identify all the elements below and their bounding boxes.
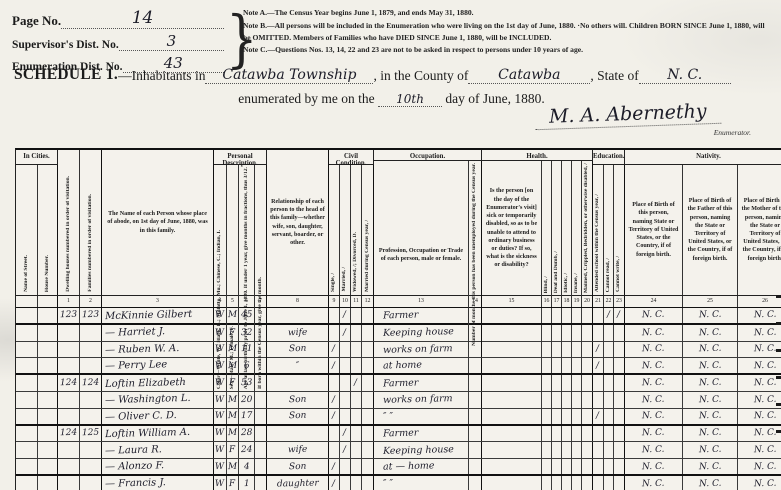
value-single: / bbox=[332, 462, 335, 472]
value-age: 6 bbox=[243, 361, 249, 371]
cell-deaf bbox=[552, 325, 562, 341]
header-month_born: If born within the Census year, give the… bbox=[255, 165, 267, 392]
cell-cannot_read bbox=[604, 358, 614, 373]
cell-father_birthplace: N. C. bbox=[683, 459, 738, 474]
value-color: W bbox=[215, 310, 225, 320]
value-age: 11 bbox=[241, 344, 253, 354]
value-married: / bbox=[343, 310, 346, 320]
value-dwelling: 123 bbox=[60, 310, 77, 320]
cell-widowed bbox=[351, 392, 362, 408]
value-mother_birthplace: N. C. bbox=[754, 310, 777, 321]
column-number-relationship: 8 bbox=[267, 296, 329, 307]
cell-months_unemployed bbox=[469, 358, 482, 373]
value-mother_birthplace: N. C. bbox=[754, 479, 777, 490]
cell-cannot_read bbox=[604, 342, 614, 358]
cell-cannot_write bbox=[614, 342, 625, 358]
header-school: Attended school within the Census year, … bbox=[593, 165, 604, 295]
header-deaf: Deaf and Dumb, / bbox=[552, 161, 562, 296]
table-row-5: 124124Loftin ElizabethWF53/FarmerN. C.N.… bbox=[16, 375, 781, 392]
value-occupation: works on farm bbox=[383, 393, 453, 406]
value-relationship: Son bbox=[289, 395, 307, 405]
cell-father_birthplace: N. C. bbox=[683, 308, 738, 323]
column-number-mother_birthplace: 26 bbox=[738, 296, 781, 307]
header-father_birthplace: Place of Birth of the Father of this per… bbox=[683, 165, 738, 295]
cell-name: — Ruben W. A. bbox=[102, 342, 214, 358]
cell-relationship bbox=[267, 375, 329, 391]
header-family: Families numbered in order of visitation… bbox=[80, 150, 102, 295]
township-value: Catawba Township bbox=[205, 67, 373, 84]
cell-married_census bbox=[362, 375, 374, 391]
cell-married bbox=[340, 476, 351, 490]
value-birthplace: N. C. bbox=[642, 344, 665, 355]
value-birthplace: N. C. bbox=[642, 395, 665, 406]
cell-occupation: ″ ″ bbox=[374, 409, 469, 424]
value-mother_birthplace: N. C. bbox=[754, 344, 777, 355]
cell-widowed bbox=[351, 459, 362, 474]
column-number-name: 3 bbox=[102, 296, 214, 307]
header-label-school: Attended school within the Census year, … bbox=[595, 194, 601, 292]
header-widowed: Widowed, /; Divorced, D. bbox=[351, 165, 362, 295]
schedule-header: SCHEDULE 1. —Inhabitants in Catawba Town… bbox=[14, 66, 769, 107]
cell-widowed bbox=[351, 325, 362, 341]
cell-street bbox=[16, 442, 38, 458]
cell-sickness bbox=[482, 409, 542, 424]
cell-month_born bbox=[255, 392, 267, 408]
cell-cannot_read bbox=[604, 392, 614, 408]
cell-relationship: ″ bbox=[267, 358, 329, 373]
cell-dwelling bbox=[58, 358, 80, 373]
cell-school bbox=[593, 426, 604, 442]
cell-dwelling: 124 bbox=[58, 426, 80, 442]
value-name: — Washington L. bbox=[105, 393, 191, 406]
cell-married bbox=[340, 342, 351, 358]
cell-blind bbox=[542, 375, 552, 391]
cell-school bbox=[593, 476, 604, 490]
cell-dwelling bbox=[58, 476, 80, 490]
value-age: 53 bbox=[241, 378, 253, 388]
cell-name: — Francis J. bbox=[102, 476, 214, 490]
header-label-maimed: Maimed, Crippled, Bedridden, or otherwis… bbox=[584, 163, 590, 293]
census-table: In Cities.Name of Street.House Number.Dw… bbox=[15, 148, 781, 490]
header-label-married: Married, / bbox=[342, 267, 348, 292]
cell-insane bbox=[572, 342, 582, 358]
value-occupation: ″ ″ bbox=[383, 478, 393, 489]
header-insane: Insane, / bbox=[572, 161, 582, 296]
group-label-personal: Personal Description. bbox=[214, 150, 267, 165]
column-number-street bbox=[16, 296, 38, 307]
value-occupation: at home bbox=[383, 360, 422, 372]
cell-married_census bbox=[362, 392, 374, 408]
header-label-name: The Name of each Person whose place of a… bbox=[105, 210, 210, 235]
cell-deaf bbox=[552, 308, 562, 323]
cell-single: / bbox=[329, 409, 340, 424]
header-cannot_read: Cannot read, / bbox=[604, 165, 614, 295]
cell-occupation: works on farm bbox=[374, 392, 469, 408]
value-name: — Ruben W. A. bbox=[105, 343, 180, 356]
header-group-civil: Civil Condition.Single, /Married, /Widow… bbox=[329, 150, 374, 295]
cell-sickness bbox=[482, 325, 542, 341]
header-group-personal: Personal Description.Color—White, W.; Bl… bbox=[214, 150, 267, 295]
cell-insane bbox=[572, 409, 582, 424]
value-father_birthplace: N. C. bbox=[699, 395, 722, 406]
cell-months_unemployed bbox=[469, 392, 482, 408]
supervisor-dist-line: Supervisor's Dist. No. 3 bbox=[12, 32, 224, 51]
cell-cannot_read bbox=[604, 426, 614, 442]
cell-blind bbox=[542, 409, 552, 424]
column-number-cannot_write: 23 bbox=[614, 296, 625, 307]
cell-deaf bbox=[552, 476, 562, 490]
cell-street bbox=[16, 342, 38, 358]
cell-cannot_write bbox=[614, 442, 625, 458]
cell-month_born bbox=[255, 426, 267, 442]
value-relationship: Son bbox=[289, 344, 307, 354]
header-single: Single, / bbox=[329, 165, 340, 295]
group-label-health: Health. bbox=[482, 150, 593, 161]
cell-insane bbox=[572, 308, 582, 323]
cell-name: — Alonzo F. bbox=[102, 459, 214, 474]
value-birthplace: N. C. bbox=[642, 428, 665, 439]
cell-father_birthplace: N. C. bbox=[683, 392, 738, 408]
cell-married_census bbox=[362, 476, 374, 490]
cell-street bbox=[16, 476, 38, 490]
cell-insane bbox=[572, 442, 582, 458]
cell-married_census bbox=[362, 342, 374, 358]
value-single: / bbox=[332, 411, 335, 421]
cell-married bbox=[340, 459, 351, 474]
header-idiotic: Idiotic, / bbox=[562, 161, 572, 296]
cell-deaf bbox=[552, 426, 562, 442]
value-family: 124 bbox=[82, 378, 99, 388]
cell-deaf bbox=[552, 342, 562, 358]
value-color: W bbox=[215, 395, 225, 405]
cell-dwelling bbox=[58, 409, 80, 424]
header-color: Color—White, W.; Black, B.; Mulatto, Mu.… bbox=[214, 165, 227, 392]
value-birthplace: N. C. bbox=[642, 411, 665, 422]
value-mother_birthplace: N. C. bbox=[754, 428, 777, 439]
cell-widowed bbox=[351, 308, 362, 323]
value-single: / bbox=[332, 361, 335, 371]
value-father_birthplace: N. C. bbox=[699, 428, 722, 439]
header-label-cannot_read: Cannot read, / bbox=[606, 258, 612, 292]
column-number-married_census: 12 bbox=[362, 296, 374, 307]
header-mother_birthplace: Place of Birth of the Mother of this per… bbox=[738, 165, 781, 295]
value-age: 20 bbox=[241, 395, 253, 405]
cell-cannot_write bbox=[614, 375, 625, 391]
cell-sex: M bbox=[227, 409, 239, 424]
cell-blind bbox=[542, 342, 552, 358]
header-label-single: Single, / bbox=[331, 273, 337, 292]
value-relationship: daughter bbox=[277, 478, 319, 489]
column-number-insane: 19 bbox=[572, 296, 582, 307]
value-age: 4 bbox=[243, 461, 249, 471]
census-scan-page: Page No. 14 Supervisor's Dist. No. 3 Enu… bbox=[0, 0, 781, 490]
table-row-9: — Laura R.WF24wife/Keeping houseN. C.N. … bbox=[16, 442, 781, 459]
value-occupation: works on farm bbox=[383, 343, 453, 356]
cell-house bbox=[38, 476, 58, 490]
value-occupation: Keeping house bbox=[383, 326, 454, 339]
value-father_birthplace: N. C. bbox=[699, 411, 722, 422]
cell-street bbox=[16, 308, 38, 323]
cell-sickness bbox=[482, 392, 542, 408]
cell-married_census bbox=[362, 442, 374, 458]
cell-widowed bbox=[351, 426, 362, 442]
cell-family bbox=[80, 442, 102, 458]
cell-married_census bbox=[362, 308, 374, 323]
cell-relationship: wife bbox=[267, 325, 329, 341]
cell-relationship: Son bbox=[267, 392, 329, 408]
cell-blind bbox=[542, 442, 552, 458]
value-birthplace: N. C. bbox=[642, 360, 665, 371]
cell-dwelling: 123 bbox=[58, 308, 80, 323]
cell-cannot_write bbox=[614, 392, 625, 408]
cell-married bbox=[340, 392, 351, 408]
column-number-maimed: 20 bbox=[582, 296, 593, 307]
cell-insane bbox=[572, 325, 582, 341]
header-label-birthplace: Place of Birth of this person, naming St… bbox=[628, 201, 679, 259]
table-row-4: — Perry LeeWM6″/at home/N. C.N. C.N. C. bbox=[16, 358, 781, 375]
supervisor-dist-value: 3 bbox=[119, 32, 224, 51]
cell-married_census bbox=[362, 358, 374, 373]
header-label-months_unemployed: Number of months this person has been un… bbox=[472, 163, 478, 346]
cell-age: 20 bbox=[239, 392, 255, 408]
cell-name: — Perry Lee bbox=[102, 358, 214, 373]
cell-sex: M bbox=[227, 392, 239, 408]
cell-married: / bbox=[340, 325, 351, 341]
cell-widowed bbox=[351, 409, 362, 424]
cell-family bbox=[80, 476, 102, 490]
cell-house bbox=[38, 409, 58, 424]
value-father_birthplace: N. C. bbox=[699, 461, 722, 472]
value-sex: F bbox=[229, 479, 236, 489]
header-label-occupation: Profession, Occupation or Trade of each … bbox=[377, 247, 465, 263]
column-number-house bbox=[38, 296, 58, 307]
value-mother_birthplace: N. C. bbox=[754, 395, 777, 406]
value-age: 32 bbox=[241, 328, 253, 338]
cell-family bbox=[80, 459, 102, 474]
cell-blind bbox=[542, 392, 552, 408]
cell-cannot_write bbox=[614, 358, 625, 373]
county-value: Catawba bbox=[468, 67, 590, 84]
value-married: / bbox=[343, 428, 346, 438]
value-age: 1 bbox=[243, 479, 249, 489]
cell-school: / bbox=[593, 358, 604, 373]
cell-mother_birthplace: N. C. bbox=[738, 476, 781, 490]
cell-maimed bbox=[582, 325, 593, 341]
group-label-incities: In Cities. bbox=[16, 150, 58, 165]
cell-house bbox=[38, 459, 58, 474]
cell-name: — Harriet J. bbox=[102, 325, 214, 341]
value-mother_birthplace: N. C. bbox=[754, 327, 777, 338]
cell-birthplace: N. C. bbox=[625, 426, 683, 442]
cell-sex: M bbox=[227, 426, 239, 442]
cell-color: W bbox=[214, 392, 227, 408]
cell-street bbox=[16, 459, 38, 474]
value-color: W bbox=[215, 479, 225, 489]
value-relationship: wife bbox=[288, 445, 308, 456]
value-birthplace: N. C. bbox=[642, 445, 665, 456]
header-married: Married, / bbox=[340, 165, 351, 295]
cell-insane bbox=[572, 392, 582, 408]
cell-idiotic bbox=[562, 426, 572, 442]
cell-house bbox=[38, 426, 58, 442]
header-dwelling: Dwelling houses numbered in order of vis… bbox=[58, 150, 80, 295]
value-mother_birthplace: N. C. bbox=[754, 360, 777, 371]
value-name: McKinnie Gilbert bbox=[105, 309, 192, 322]
value-father_birthplace: N. C. bbox=[699, 445, 722, 456]
cell-father_birthplace: N. C. bbox=[683, 442, 738, 458]
header-label-insane: Insane, / bbox=[574, 273, 580, 293]
header-label-married_census: Married during Census year, / bbox=[365, 220, 371, 292]
value-color: W bbox=[215, 328, 225, 338]
cell-cannot_read bbox=[604, 442, 614, 458]
cell-street bbox=[16, 426, 38, 442]
value-school: / bbox=[596, 344, 599, 354]
cell-mother_birthplace: N. C. bbox=[738, 342, 781, 358]
cell-dwelling bbox=[58, 459, 80, 474]
header-label-sickness: Is the person [on the day of the Enumera… bbox=[485, 187, 538, 269]
cell-sickness bbox=[482, 426, 542, 442]
cell-mother_birthplace: N. C. bbox=[738, 325, 781, 341]
cell-maimed bbox=[582, 459, 593, 474]
cell-blind bbox=[542, 459, 552, 474]
cell-cannot_read bbox=[604, 459, 614, 474]
value-birthplace: N. C. bbox=[642, 378, 665, 389]
cell-maimed bbox=[582, 358, 593, 373]
cell-father_birthplace: N. C. bbox=[683, 325, 738, 341]
header-group-education: Education.Attended school within the Cen… bbox=[593, 150, 625, 295]
cell-age: 4 bbox=[239, 459, 255, 474]
header-relationship: Relationship of each person to the head … bbox=[267, 150, 329, 295]
value-occupation: Farmer bbox=[383, 309, 419, 321]
header-label-street: Name of Street. bbox=[24, 255, 30, 292]
header-street: Name of Street. bbox=[16, 165, 38, 295]
header-label-age: Age at last birthday prior to June 1, 18… bbox=[244, 167, 250, 389]
cell-month_born bbox=[255, 442, 267, 458]
header-sex: Sex—Male, M.; Female, F. bbox=[227, 165, 239, 392]
cell-age: 24 bbox=[239, 442, 255, 458]
page-no-value: 14 bbox=[61, 8, 224, 29]
cell-maimed bbox=[582, 308, 593, 323]
cell-idiotic bbox=[562, 342, 572, 358]
cell-street bbox=[16, 325, 38, 341]
enumerated-prefix: enumerated by me on the bbox=[238, 91, 374, 106]
column-number-married: 10 bbox=[340, 296, 351, 307]
cell-birthplace: N. C. bbox=[625, 358, 683, 373]
cell-father_birthplace: N. C. bbox=[683, 358, 738, 373]
value-name: — Francis J. bbox=[105, 478, 166, 490]
header-label-deaf: Deaf and Dumb, / bbox=[554, 251, 560, 293]
cell-relationship: Son bbox=[267, 342, 329, 358]
column-number-cannot_read: 22 bbox=[604, 296, 614, 307]
cell-married bbox=[340, 358, 351, 373]
table-row-10: — Alonzo F.WM4Son/at — homeN. C.N. C.N. … bbox=[16, 459, 781, 476]
value-age: 45 bbox=[241, 310, 253, 320]
value-mother_birthplace: N. C. bbox=[754, 461, 777, 472]
header-label-widowed: Widowed, /; Divorced, D. bbox=[353, 232, 359, 292]
cell-occupation: Farmer bbox=[374, 426, 469, 442]
cell-mother_birthplace: N. C. bbox=[738, 358, 781, 373]
cell-married bbox=[340, 375, 351, 391]
cell-relationship: Son bbox=[267, 459, 329, 474]
column-number-birthplace: 24 bbox=[625, 296, 683, 307]
cell-color: W bbox=[214, 426, 227, 442]
table-row-3: — Ruben W. A.WM11Son/works on farm/N. C.… bbox=[16, 342, 781, 359]
column-number-deaf: 17 bbox=[552, 296, 562, 307]
cell-family: 124 bbox=[80, 375, 102, 391]
value-color: W bbox=[215, 361, 225, 371]
value-sex: M bbox=[228, 361, 237, 371]
value-mother_birthplace: N. C. bbox=[754, 445, 777, 456]
cell-street bbox=[16, 375, 38, 391]
value-color: W bbox=[215, 378, 225, 388]
county-label: , in the County of bbox=[373, 68, 468, 84]
cell-maimed bbox=[582, 426, 593, 442]
value-sex: M bbox=[228, 310, 237, 320]
cell-mother_birthplace: N. C. bbox=[738, 426, 781, 442]
cell-name: Loftin Elizabeth bbox=[102, 375, 214, 391]
cell-school bbox=[593, 392, 604, 408]
cell-dwelling bbox=[58, 442, 80, 458]
cell-maimed bbox=[582, 476, 593, 490]
header-label-relationship: Relationship of each person to the head … bbox=[270, 198, 325, 247]
value-birthplace: N. C. bbox=[642, 327, 665, 338]
cell-school bbox=[593, 375, 604, 391]
cell-name: — Oliver C. D. bbox=[102, 409, 214, 424]
cell-school bbox=[593, 442, 604, 458]
value-sex: F bbox=[229, 328, 236, 338]
cell-sickness bbox=[482, 476, 542, 490]
group-label-occupation: Occupation. bbox=[374, 150, 482, 161]
cell-relationship bbox=[267, 426, 329, 442]
cell-mother_birthplace: N. C. bbox=[738, 375, 781, 391]
value-occupation: Farmer bbox=[383, 428, 419, 440]
cell-widowed: / bbox=[351, 375, 362, 391]
cell-deaf bbox=[552, 358, 562, 373]
value-name: — Laura R. bbox=[105, 444, 162, 456]
cell-widowed bbox=[351, 442, 362, 458]
value-name: — Alonzo F. bbox=[105, 460, 164, 473]
cell-cannot_read bbox=[604, 476, 614, 490]
cell-cannot_read: / bbox=[604, 308, 614, 323]
table-header: In Cities.Name of Street.House Number.Dw… bbox=[16, 150, 781, 296]
header-married_census: Married during Census year, / bbox=[362, 165, 374, 295]
value-sex: F bbox=[229, 378, 236, 388]
cell-birthplace: N. C. bbox=[625, 325, 683, 341]
value-dwelling: 124 bbox=[60, 378, 77, 388]
cell-single bbox=[329, 426, 340, 442]
cell-street bbox=[16, 409, 38, 424]
column-number-dwelling: 1 bbox=[58, 296, 80, 307]
cell-idiotic bbox=[562, 325, 572, 341]
cell-name: McKinnie Gilbert bbox=[102, 308, 214, 323]
value-single: / bbox=[332, 395, 335, 405]
cell-age: 28 bbox=[239, 426, 255, 442]
cell-blind bbox=[542, 476, 552, 490]
value-single: / bbox=[332, 344, 335, 354]
page-no-label: Page No. bbox=[12, 13, 61, 29]
column-number-idiotic: 18 bbox=[562, 296, 572, 307]
value-age: 28 bbox=[241, 428, 253, 438]
cell-family: 125 bbox=[80, 426, 102, 442]
header-label-father_birthplace: Place of Birth of the Father of this per… bbox=[686, 197, 734, 263]
header-label-dwelling: Dwelling houses numbered in order of vis… bbox=[66, 176, 72, 292]
inhabitants-label: —Inhabitants in bbox=[118, 68, 205, 84]
state-value: N. C. bbox=[639, 67, 731, 84]
cell-insane bbox=[572, 476, 582, 490]
cell-family bbox=[80, 392, 102, 408]
cell-birthplace: N. C. bbox=[625, 409, 683, 424]
cell-deaf bbox=[552, 392, 562, 408]
